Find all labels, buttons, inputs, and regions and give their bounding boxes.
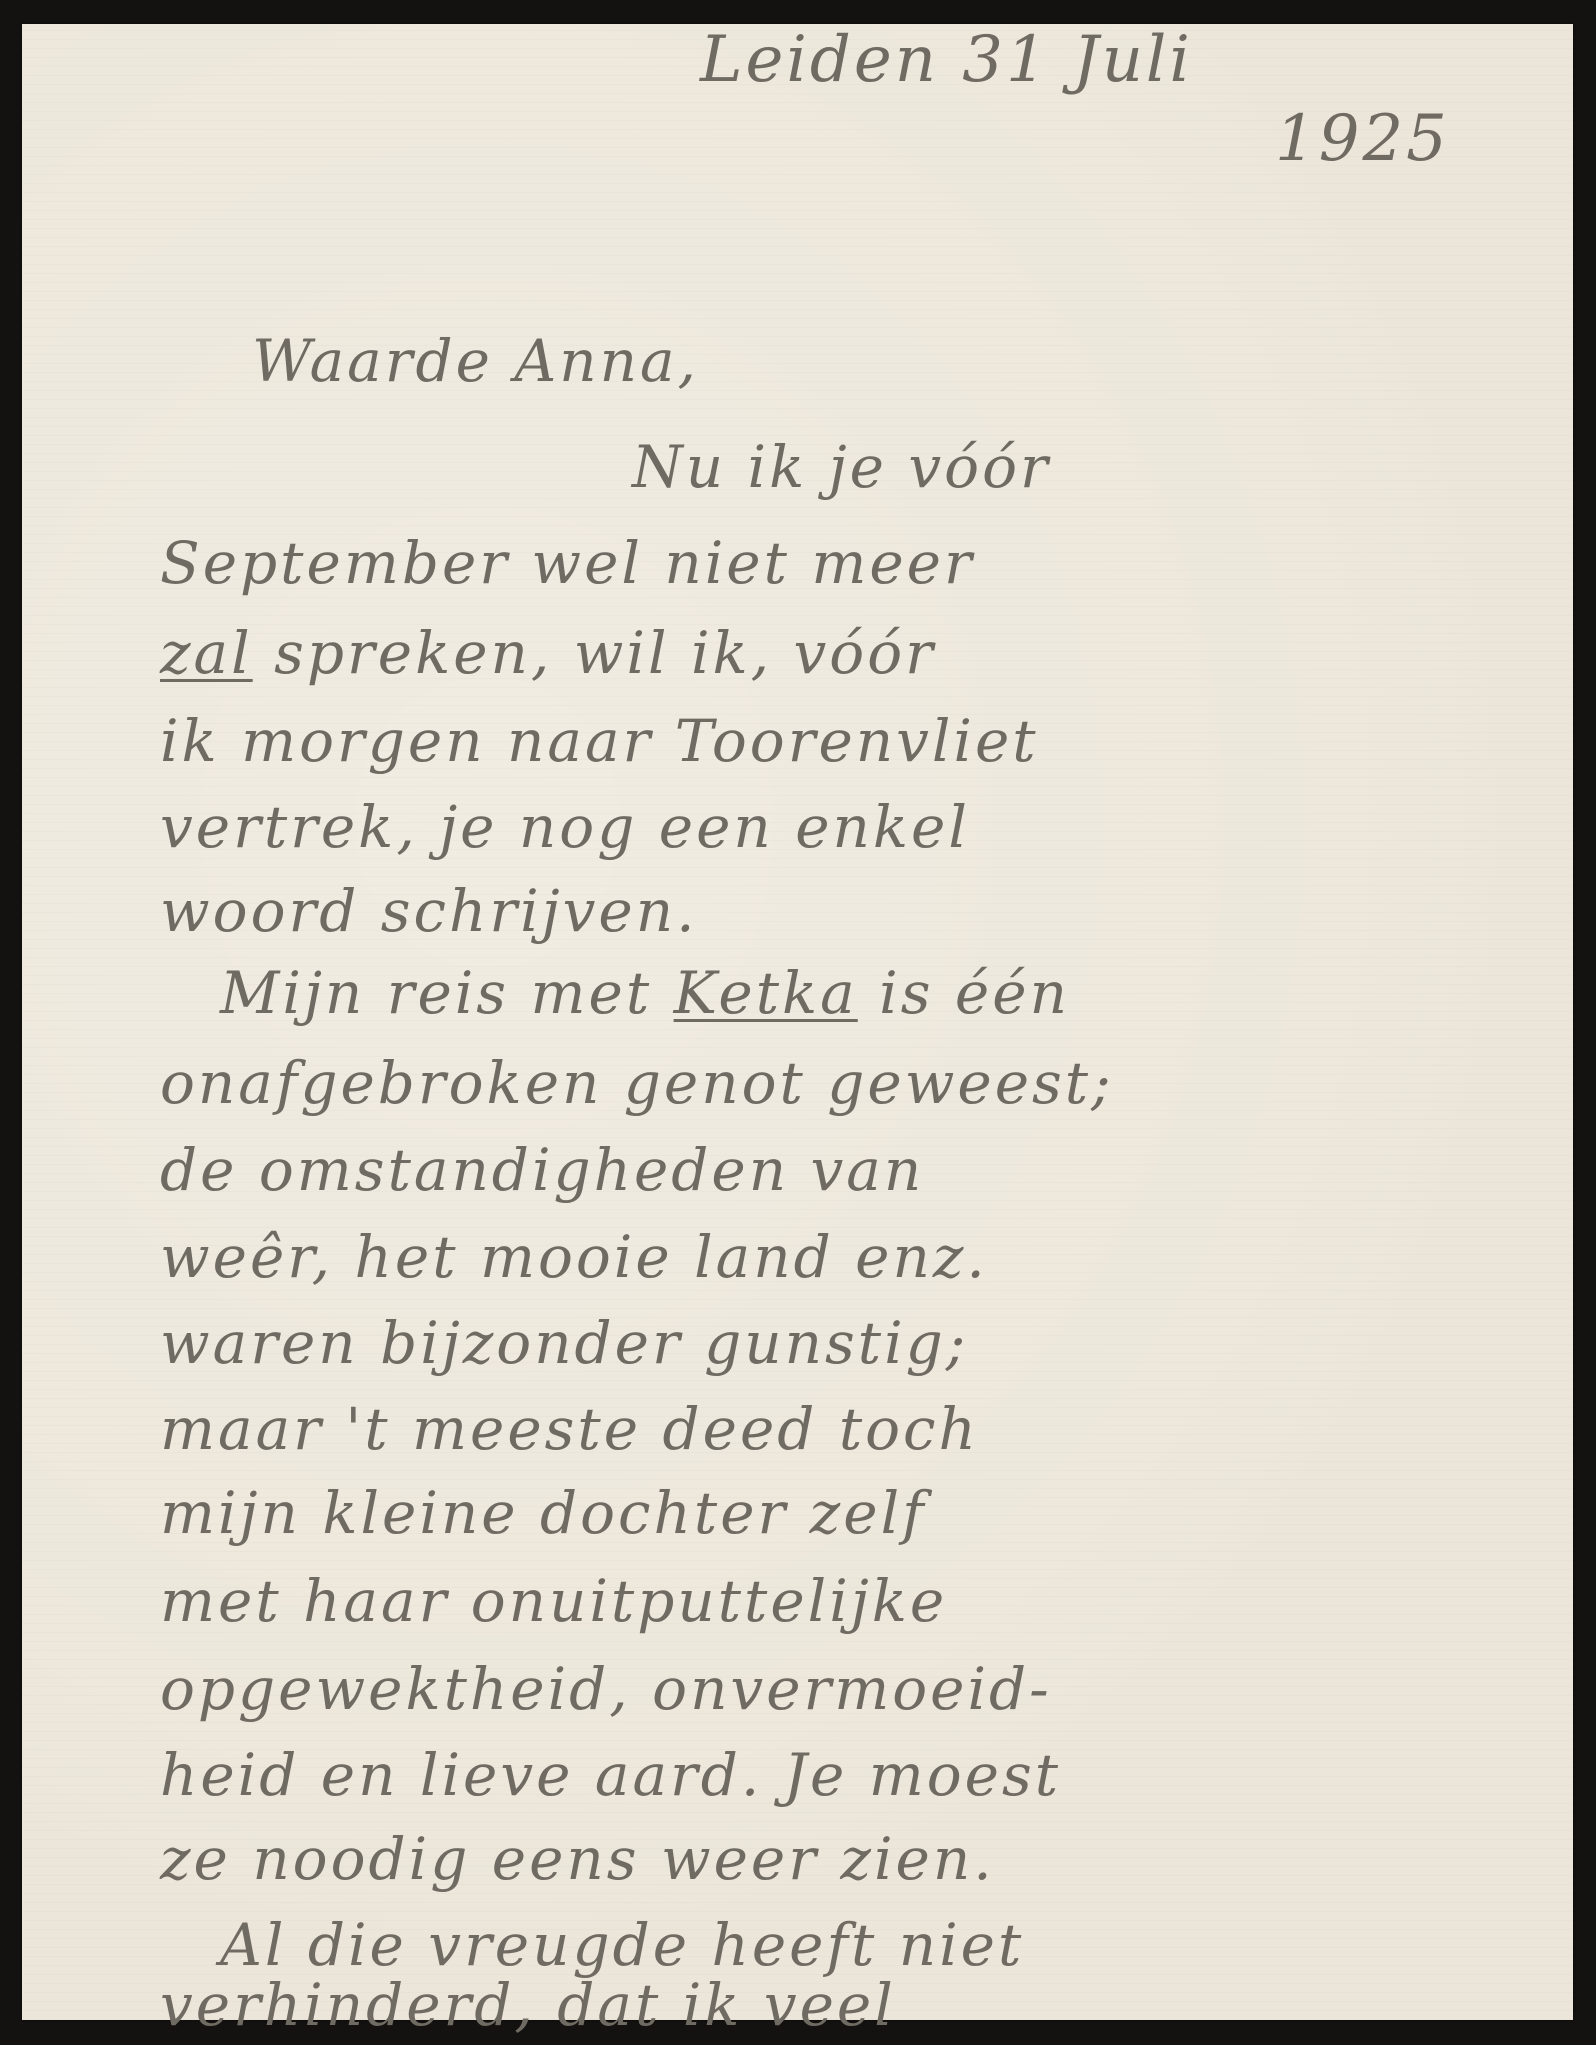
letter-line: vertrek, je nog een enkel bbox=[160, 798, 970, 856]
letter-line: Al die vreugde heeft niet bbox=[220, 1916, 1024, 1974]
letter-line: ze noodig eens weer zien. bbox=[160, 1830, 995, 1888]
letter-year: 1925 bbox=[1275, 107, 1450, 171]
letter-line: met haar onuitputtelijke bbox=[160, 1572, 947, 1630]
letter-line: opgewektheid, onvermoeid- bbox=[160, 1660, 1052, 1718]
letter-line: ik morgen naar Toorenvliet bbox=[160, 712, 1039, 770]
letter-line: verhinderd, dat ik veel bbox=[160, 1976, 896, 2034]
letter-line: weêr, het mooie land enz. bbox=[160, 1228, 988, 1286]
letter-line: Mijn reis met Ketka is één bbox=[220, 964, 1070, 1022]
letter-line: Nu ik je vóór bbox=[632, 438, 1051, 496]
letter-line: mijn kleine dochter zelf bbox=[160, 1484, 927, 1542]
letter-line: zal spreken, wil ik, vóór bbox=[160, 624, 936, 682]
letter-line: onafgebroken genot geweest; bbox=[160, 1054, 1114, 1112]
letter-place-date: Leiden 31 Juli bbox=[700, 28, 1193, 92]
letter-page: Leiden 31 Juli 1925 Waarde Anna, Nu ik j… bbox=[22, 24, 1573, 2020]
letter-salutation: Waarde Anna, bbox=[252, 332, 699, 390]
letter-line: heid en lieve aard. Je moest bbox=[160, 1746, 1061, 1804]
letter-line: woord schrijven. bbox=[160, 882, 698, 940]
underlined-word: Ketka bbox=[674, 959, 858, 1027]
letter-line: maar 't meeste deed toch bbox=[160, 1400, 979, 1458]
underlined-word: zal bbox=[160, 619, 253, 687]
letter-line: de omstandigheden van bbox=[160, 1141, 924, 1199]
letter-line: waren bijzonder gunstig; bbox=[160, 1314, 968, 1372]
letter-line: September wel niet meer bbox=[160, 534, 975, 592]
